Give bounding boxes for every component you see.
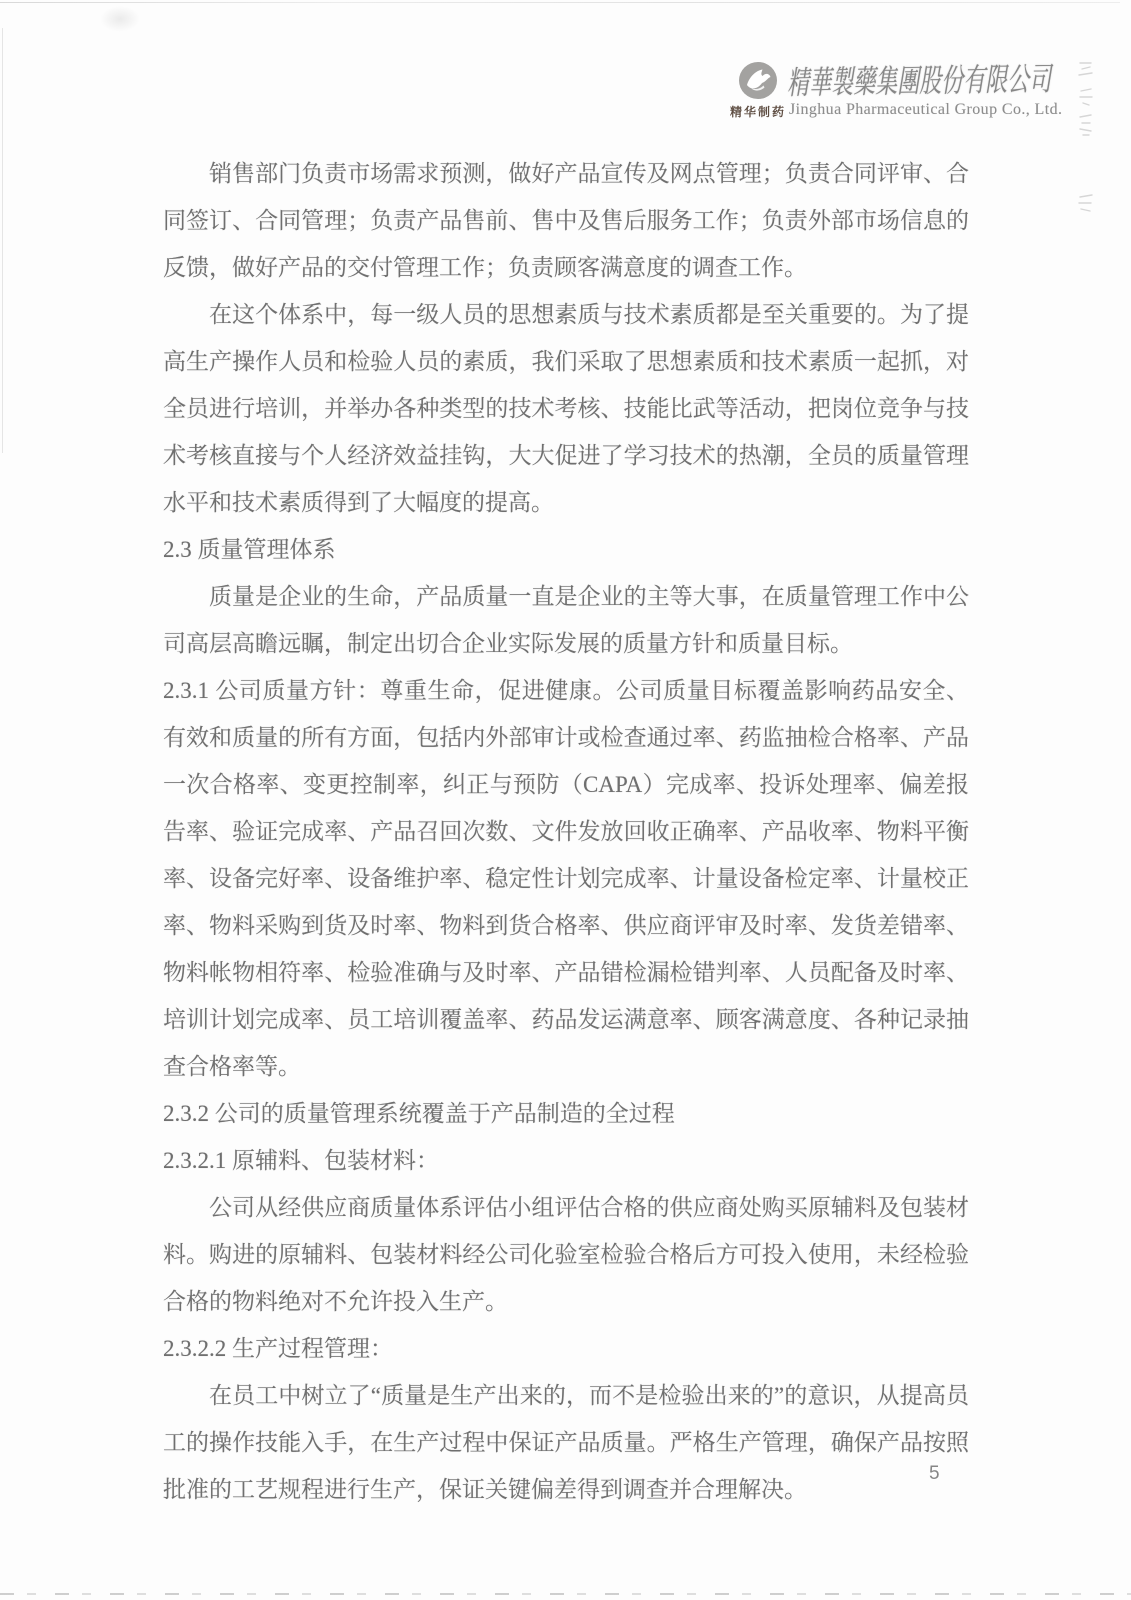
- paragraph-personnel-quality: 在这个体系中，每一级人员的思想素质与技术素质都是至关重要的。为了提高生产操作人员…: [163, 291, 969, 526]
- paragraph-production-process: 在员工中树立了“质量是生产出来的，而不是检验出来的”的意识，从提高员工的操作技能…: [163, 1372, 969, 1513]
- section-heading-2-3-2-1: 2.3.2.1 原辅料、包装材料：: [163, 1137, 969, 1184]
- paragraph-sales-department: 销售部门负责市场需求预测，做好产品宣传及网点管理；负责合同评审、合同签订、合同管…: [163, 150, 969, 291]
- bird-logo-icon: [738, 61, 778, 101]
- company-letterhead: 精华制药 精華製藥集團股份有限公司 Jinghua Pharmaceutical…: [713, 55, 1113, 135]
- scan-artifact-bottom-edge: [0, 1593, 1131, 1595]
- scan-artifact-smudge: [100, 6, 140, 32]
- paragraph-quality-is-life: 质量是企业的生命，产品质量一直是企业的主等大事，在质量管理工作中公司高层高瞻远瞩…: [163, 573, 969, 667]
- section-heading-2-3-2-2: 2.3.2.2 生产过程管理：: [163, 1325, 969, 1372]
- scan-artifact-top-edge: [0, 2, 1120, 3]
- scan-artifact-left-edge: [2, 28, 3, 453]
- company-name-en: Jinghua Pharmaceutical Group Co., Ltd.: [789, 101, 1079, 119]
- faint-stamp-marks-icon: [1075, 57, 1097, 217]
- paragraph-raw-materials: 公司从经供应商质量体系评估小组评估合格的供应商处购买原辅料及包装材料。购进的原辅…: [163, 1184, 969, 1325]
- section-2-3-1-quality-policy: 2.3.1 公司质量方针：尊重生命，促进健康。公司质量目标覆盖影响药品安全、有效…: [163, 667, 969, 1090]
- document-body: 销售部门负责市场需求预测，做好产品宣传及网点管理；负责合同评审、合同签订、合同管…: [163, 150, 969, 1513]
- page-number: 5: [929, 1463, 940, 1485]
- company-name-zh: 精華製藥集團股份有限公司: [787, 55, 1067, 104]
- section-heading-2-3-2: 2.3.2 公司的质量管理系统覆盖于产品制造的全过程: [163, 1090, 969, 1137]
- logo-caption: 精华制药: [723, 103, 793, 120]
- section-heading-2-3: 2.3 质量管理体系: [163, 526, 969, 573]
- scanned-document-page: 精华制药 精華製藥集團股份有限公司 Jinghua Pharmaceutical…: [0, 0, 1131, 1600]
